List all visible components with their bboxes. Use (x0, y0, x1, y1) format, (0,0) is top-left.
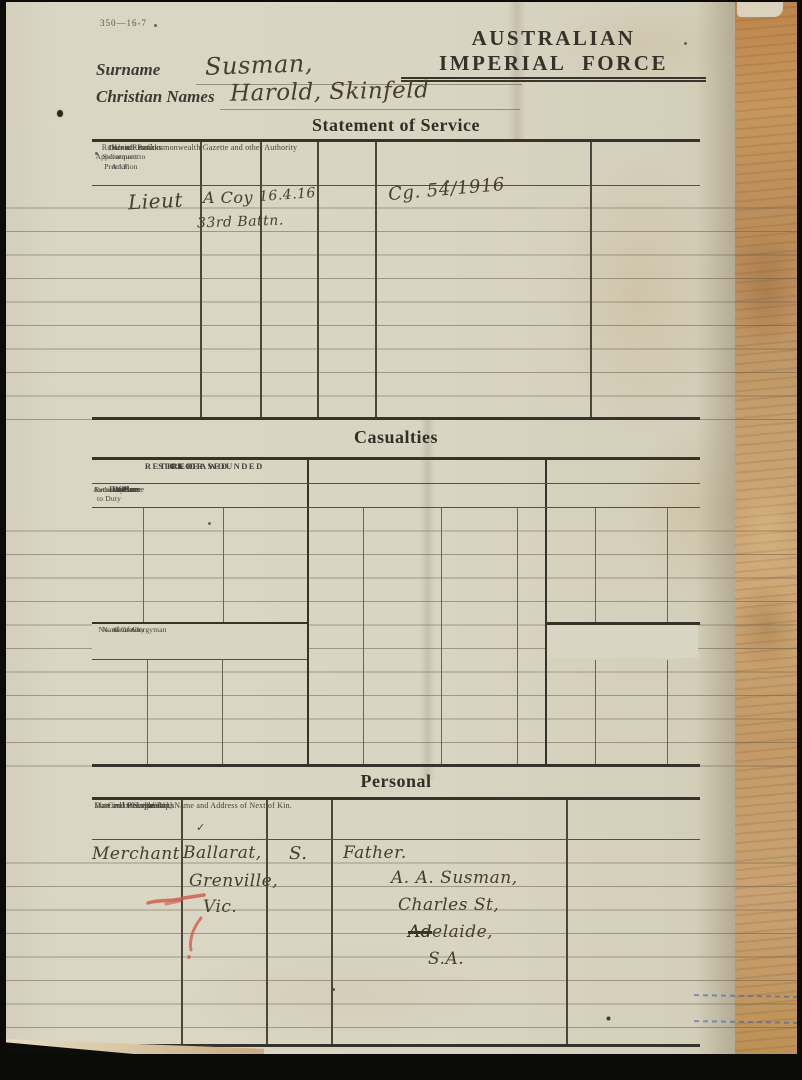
casualties-group-header-row: DECEASED SICK OR WOUNDED RETIRED (92, 460, 700, 484)
surname-label: Surname (96, 60, 160, 80)
next-of-kin-line2: A. A. Susman, (391, 868, 518, 888)
personal-header-row: Civil Occupation Date and Place of Birth… (92, 800, 700, 840)
birth-place-line2: Grenville, (189, 871, 278, 891)
col-header-clergyman: Name of Clergyman (92, 624, 177, 635)
page-title-text: AUSTRALIAN IMPERIAL FORCE (401, 26, 706, 82)
next-of-kin-line4: AdAdelaide, (408, 922, 493, 942)
col-header-retired-authority: Authority (92, 484, 125, 495)
scanned-service-record: 350—16-7 AUSTRALIAN IMPERIAL FORCE Surna… (0, 0, 802, 1080)
struck-out-word: Ad (408, 922, 432, 942)
unit-value-line1: A Coy (203, 188, 253, 207)
pencil-check-mark: ✓ (196, 821, 205, 834)
subcolumn-divider (441, 508, 442, 764)
retired-section-rule (545, 622, 700, 625)
casualties-title: Casualties (92, 427, 700, 448)
civil-occupation-value: Merchant (92, 844, 180, 864)
grave-subtable: No. of Grave Cemetery Name of Clergyman (92, 622, 307, 764)
subcolumn-divider (363, 508, 364, 764)
statement-header-row: Rank Unit Date of Appointment to A.I.F. … (92, 142, 700, 186)
subcolumn-divider (143, 508, 144, 622)
red-arrow-mark (146, 892, 210, 908)
unit-value-line2: 33rd Battn. (197, 212, 284, 231)
christian-names-label: Christian Names (96, 87, 215, 107)
subcolumn-divider (222, 660, 223, 764)
subcolumn-divider (595, 508, 596, 622)
subcolumn-divider (667, 508, 668, 622)
rank-value: Lieut (127, 188, 183, 215)
red-tick-mark (182, 916, 206, 962)
subcolumn-divider (595, 660, 596, 764)
birth-place-line1: Ballarat, (183, 843, 262, 863)
casualties-table: DECEASED SICK OR WOUNDED RETIRED Date Pl… (92, 457, 700, 767)
torn-paper-notch (737, 2, 783, 17)
scan-background-bottom (0, 1054, 802, 1080)
subcolumn-divider (223, 508, 224, 622)
christian-names-writing-line (220, 109, 520, 110)
form-number: 350—16-7 (100, 18, 147, 28)
grave-header-row: No. of Grave Cemetery Name of Clergyman (92, 624, 307, 660)
next-of-kin-line3: Charles St, (398, 895, 499, 915)
col-header-personal-remarks: Remarks (92, 800, 226, 812)
subcolumn-divider (517, 508, 518, 764)
col-header-remarks: Remarks (92, 142, 202, 154)
next-of-kin-line5: S.A. (428, 949, 464, 969)
statement-of-service-table: Rank Unit Date of Appointment to A.I.F. … (92, 139, 700, 420)
paper-specks (0, 0, 3, 3)
statement-of-service-title: Statement of Service (92, 115, 700, 136)
personal-title: Personal (92, 771, 700, 792)
next-of-kin-line1: Father. (343, 843, 407, 863)
paper-hole (56, 109, 64, 118)
casualties-column-header-row: Date Place Cause Date Place Nature Retur… (92, 484, 700, 508)
subcolumn-divider (667, 660, 668, 764)
christian-names-value: Harold, Skinfeld (230, 77, 430, 106)
married-or-single-value: S. (289, 843, 307, 864)
group-header-retired: RETIRED (92, 460, 247, 473)
retired-blank-cell (547, 624, 698, 658)
subcolumn-divider (147, 660, 148, 764)
surname-value: Susman, (205, 49, 314, 81)
